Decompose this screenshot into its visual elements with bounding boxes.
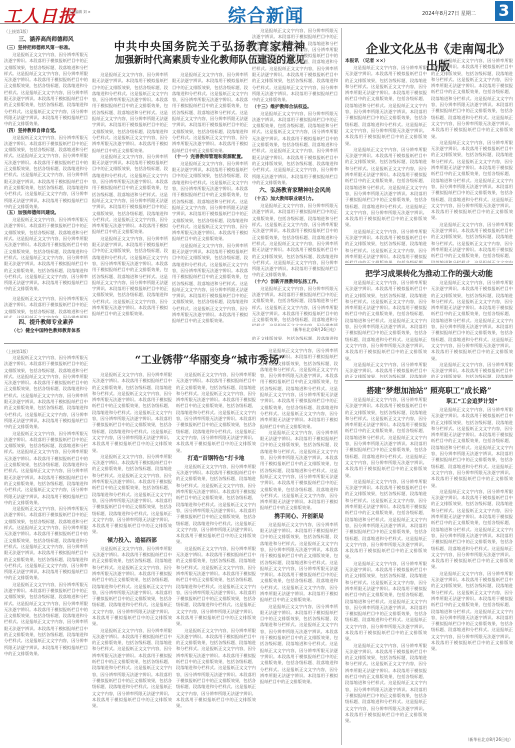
dream-article-col1: 这是报纸正文文字内容，因分辨率所限无法逐字辨识。本段落用于模拟报纸栏目中的正文排…	[345, 397, 427, 745]
body-paragraph: 这是报纸正文文字内容，因分辨率所限无法逐字辨识。本段落用于模拟报纸栏目中的正文排…	[172, 161, 248, 243]
body-paragraph: 这是报纸正文文字内容，因分辨率所限无法逐字辨识。本段落用于模拟报纸栏目中的正文排…	[252, 28, 338, 104]
education-article-col3: 这是报纸正文文字内容，因分辨率所限无法逐字辨识。本段落用于模拟报纸栏目中的正文排…	[172, 72, 248, 340]
editor-credit: 责任编辑 刘 ×	[68, 10, 91, 15]
section-divider	[4, 343, 338, 344]
column-divider	[341, 28, 342, 745]
body-paragraph: 这是报纸正文文字内容，因分辨率所限无法逐字辨识。本段落用于模拟报纸栏目中的正文排…	[176, 372, 256, 454]
section-heading: 四、提升教师专业素养	[4, 318, 88, 328]
education-article-col2: 这是报纸正文文字内容，因分辨率所限无法逐字辨识。本段落用于模拟报纸栏目中的正文排…	[92, 72, 168, 340]
subheading: （十三）维护教师合法权益。	[252, 104, 338, 111]
body-paragraph: 这是报纸正文文字内容，因分辨率所限无法逐字辨识。本段落用于模拟报纸栏目中的正文排…	[4, 135, 88, 211]
industry-article-col1: （上接第1版） 这是报纸正文文字内容，因分辨率所限无法逐字辨识。本段落用于模拟报…	[4, 348, 88, 745]
body-paragraph: 这是报纸正文文字内容，因分辨率所限无法逐字辨识。本段落用于模拟报纸栏目中的正文排…	[431, 222, 513, 263]
body-paragraph: 这是报纸正文文字内容，因分辨率所限无法逐字辨识。本段落用于模拟报纸栏目中的正文排…	[345, 479, 427, 561]
body-paragraph: 这是报纸正文文字内容，因分辨率所限无法逐字辨识。本段落用于模拟报纸栏目中的正文排…	[4, 431, 88, 507]
body-paragraph: 这是报纸正文文字内容，因分辨率所限无法逐字辨识。本段落用于模拟报纸栏目中的正文排…	[4, 217, 88, 293]
body-paragraph: 这是报纸正文文字内容，因分辨率所限无法逐字辨识。本段落用于模拟报纸栏目中的正文排…	[92, 154, 168, 236]
industry-article-col4: 这是报纸正文文字内容，因分辨率所限无法逐字辨识。本段落用于模拟报纸栏目中的正文排…	[260, 348, 338, 745]
body-paragraph: 这是报纸正文文字内容，因分辨率所限无法逐字辨识。本段落用于模拟报纸栏目中的正文排…	[345, 561, 427, 643]
divider	[345, 380, 513, 381]
body-paragraph: 这是报纸正文文字内容，因分辨率所限无法逐字辨识。本段落用于模拟报纸栏目中的正文排…	[172, 72, 248, 154]
section-heading: 三、涵养高尚师德师风	[4, 35, 88, 45]
subheading: 打造“首钢特色”打卡地	[176, 454, 256, 464]
article-source: （新华社北京8月26日电）	[431, 736, 513, 743]
body-paragraph: 这是报纸正文文字内容，因分辨率所限无法逐字辨识。本段落用于模拟报纸栏目中的正文排…	[4, 355, 88, 431]
culture-article-col1: 本报讯 （记者 ××） 这是报纸正文文字内容，因分辨率所限无法逐字辨识。本段落用…	[345, 58, 427, 263]
newspaper-logo: 工人日报	[4, 2, 76, 27]
body-paragraph: 这是报纸正文文字内容，因分辨率所限无法逐字辨识。本段落用于模拟报纸栏目中的正文排…	[176, 464, 256, 546]
body-paragraph: 这是报纸正文文字内容，因分辨率所限无法逐字辨识。本段落用于模拟报纸栏目中的正文排…	[345, 643, 427, 725]
body-paragraph: 这是报纸正文文字内容，因分辨率所限无法逐字辨识。本段落用于模拟报纸栏目中的正文排…	[431, 362, 513, 378]
body-paragraph: 这是报纸正文文字内容，因分辨率所限无法逐字辨识。本段落用于模拟报纸栏目中的正文排…	[345, 362, 427, 378]
body-paragraph: 这是报纸正文文字内容，因分辨率所限无法逐字辨识。本段落用于模拟报纸栏目中的正文排…	[4, 582, 88, 658]
divider	[345, 264, 513, 265]
body-paragraph: 这是报纸正文文字内容，因分辨率所限无法逐字辨识。本段落用于模拟报纸栏目中的正文排…	[345, 65, 427, 147]
body-paragraph: 这是报纸正文文字内容，因分辨率所限无法逐字辨识。本段落用于模拟报纸栏目中的正文排…	[260, 604, 338, 686]
subheading: （十一）完善教师管理和资源配置。	[172, 154, 248, 161]
byline: 本报讯 （记者 ××）	[345, 58, 427, 65]
masthead: 工人日报 责任编辑 刘 × 综合新闻 2024年8月27日 星期二 3	[0, 0, 515, 24]
source-block: （新华社北京8月26日电）	[431, 736, 513, 745]
body-paragraph: 这是报纸正文文字内容，因分辨率所限无法逐字辨识。本段落用于模拟报纸栏目中的正文排…	[345, 229, 427, 263]
body-paragraph: 这是报纸正文文字内容，因分辨率所限无法逐字辨识。本段落用于模拟报纸栏目中的正文排…	[260, 522, 338, 604]
body-paragraph: 这是报纸正文文字内容，因分辨率所限无法逐字辨识。本段落用于模拟报纸栏目中的正文排…	[345, 280, 427, 362]
education-article-col4: 这是报纸正文文字内容，因分辨率所限无法逐字辨识。本段落用于模拟报纸栏目中的正文排…	[252, 28, 338, 340]
subheading: （七）健全中国特色教师教育体系	[4, 328, 88, 335]
body-paragraph: 这是报纸正文文字内容，因分辨率所限无法逐字辨识。本段落用于模拟报纸栏目中的正文排…	[92, 372, 172, 454]
body-paragraph: 这是报纸正文文字内容，因分辨率所限无法逐字辨识。本段落用于模拟报纸栏目中的正文排…	[260, 430, 338, 512]
subheading: 职工“工会追梦计划”	[431, 397, 513, 407]
body-paragraph: 这是报纸正文文字内容，因分辨率所限无法逐字辨识。本段落用于模拟报纸栏目中的正文排…	[92, 628, 172, 710]
article-source: （新华社北京8月26日电）	[252, 326, 338, 333]
body-paragraph: 这是报纸正文文字内容，因分辨率所限无法逐字辨识。本段落用于模拟报纸栏目中的正文排…	[92, 236, 168, 318]
culture-article-col2: 这是报纸正文文字内容，因分辨率所限无法逐字辨识。本段落用于模拟报纸栏目中的正文排…	[431, 58, 513, 263]
section-title: 综合新闻	[228, 2, 304, 28]
body-paragraph: 这是报纸正文文字内容，因分辨率所限无法逐字辨识。本段落用于模拟报纸栏目中的正文排…	[176, 628, 256, 710]
body-paragraph: 这是报纸正文文字内容，因分辨率所限无法逐字辨识。本段落用于模拟报纸栏目中的正文排…	[252, 203, 338, 279]
continued-label: （上接第1版）	[4, 348, 88, 355]
study-headline: 把学习成果转化为推动工作的强大动能	[345, 268, 513, 279]
dream-headline: 搭建“梦想加油站” 照亮职工“成长路”	[345, 385, 513, 396]
body-paragraph: 这是报纸正文文字内容，因分辨率所限无法逐字辨识。本段落用于模拟报纸栏目中的正文排…	[345, 147, 427, 229]
subheading: 倾力投入、造福西部	[92, 536, 172, 546]
body-paragraph: 这是报纸正文文字内容，因分辨率所限无法逐字辨识。本段落用于模拟报纸栏目中的正文排…	[431, 489, 513, 571]
body-paragraph: 这是报纸正文文字内容，因分辨率所限无法逐字辨识。本段落用于模拟报纸栏目中的正文排…	[4, 52, 88, 128]
section-heading-block: 四、提升教师专业素养 （七）健全中国特色教师教育体系	[4, 318, 88, 344]
body-paragraph: 这是报纸正文文字内容，因分辨率所限无法逐字辨识。本段落用于模拟报纸栏目中的正文排…	[345, 397, 427, 479]
continued-label: （上接第1版）	[4, 28, 88, 35]
page-number-badge: 3	[495, 1, 513, 21]
body-paragraph: 这是报纸正文文字内容，因分辨率所限无法逐字辨识。本段落用于模拟报纸栏目中的正文排…	[431, 280, 513, 362]
study-article-col2: 这是报纸正文文字内容，因分辨率所限无法逐字辨识。本段落用于模拟报纸栏目中的正文排…	[431, 280, 513, 378]
source-block: （新华社北京8月26日电）	[252, 326, 338, 336]
subheading: （四）坚持教师自律自觉。	[4, 128, 88, 135]
body-paragraph: 这是报纸正文文字内容，因分辨率所限无法逐字辨识。本段落用于模拟报纸栏目中的正文排…	[252, 111, 338, 187]
subheading: 携手同心、开创新局	[260, 512, 338, 522]
body-paragraph: 这是报纸正文文字内容，因分辨率所限无法逐字辨识。本段落用于模拟报纸栏目中的正文排…	[260, 348, 338, 430]
body-paragraph: 这是报纸正文文字内容，因分辨率所限无法逐字辨识。本段落用于模拟报纸栏目中的正文排…	[431, 58, 513, 140]
subheading: （十六）创新开展教师弘扬工作。	[252, 279, 338, 286]
body-paragraph: 这是报纸正文文字内容，因分辨率所限无法逐字辨识。本段落用于模拟报纸栏目中的正文排…	[431, 571, 513, 653]
industry-article-col3: 这是报纸正文文字内容，因分辨率所限无法逐字辨识。本段落用于模拟报纸栏目中的正文排…	[176, 372, 256, 745]
industry-article-col2: 这是报纸正文文字内容，因分辨率所限无法逐字辨识。本段落用于模拟报纸栏目中的正文排…	[92, 372, 172, 745]
body-paragraph: 这是报纸正文文字内容，因分辨率所限无法逐字辨识。本段落用于模拟报纸栏目中的正文排…	[4, 506, 88, 582]
body-paragraph: 这是报纸正文文字内容，因分辨率所限无法逐字辨识。本段落用于模拟报纸栏目中的正文排…	[172, 243, 248, 325]
body-paragraph: 这是报纸正文文字内容，因分辨率所限无法逐字辨识。本段落用于模拟报纸栏目中的正文排…	[92, 546, 172, 628]
body-paragraph: 这是报纸正文文字内容，因分辨率所限无法逐字辨识。本段落用于模拟报纸栏目中的正文排…	[92, 72, 168, 154]
section-heading: 六、弘扬教育家精神社会风尚	[252, 186, 338, 196]
body-paragraph: 这是报纸正文文字内容，因分辨率所限无法逐字辨识。本段落用于模拟报纸栏目中的正文排…	[431, 407, 513, 489]
study-article-col1: 这是报纸正文文字内容，因分辨率所限无法逐字辨识。本段落用于模拟报纸栏目中的正文排…	[345, 280, 427, 378]
dream-article-col2: 职工“工会追梦计划” 这是报纸正文文字内容，因分辨率所限无法逐字辨识。本段落用于…	[431, 397, 513, 745]
education-article-col1: （上接第1版） 三、涵养高尚师德师风 （三）坚持把师德师风第一标准。 这是报纸正…	[4, 28, 88, 340]
body-paragraph: 这是报纸正文文字内容，因分辨率所限无法逐字辨识。本段落用于模拟报纸栏目中的正文排…	[92, 454, 172, 536]
body-paragraph: 这是报纸正文文字内容，因分辨率所限无法逐字辨识。本段落用于模拟报纸栏目中的正文排…	[176, 546, 256, 628]
subheading: （三）坚持把师德师风第一标准。	[4, 45, 88, 52]
body-paragraph: 这是报纸正文文字内容，因分辨率所限无法逐字辨识。本段落用于模拟报纸栏目中的正文排…	[431, 140, 513, 222]
issue-date: 2024年8月27日 星期二	[422, 10, 476, 17]
